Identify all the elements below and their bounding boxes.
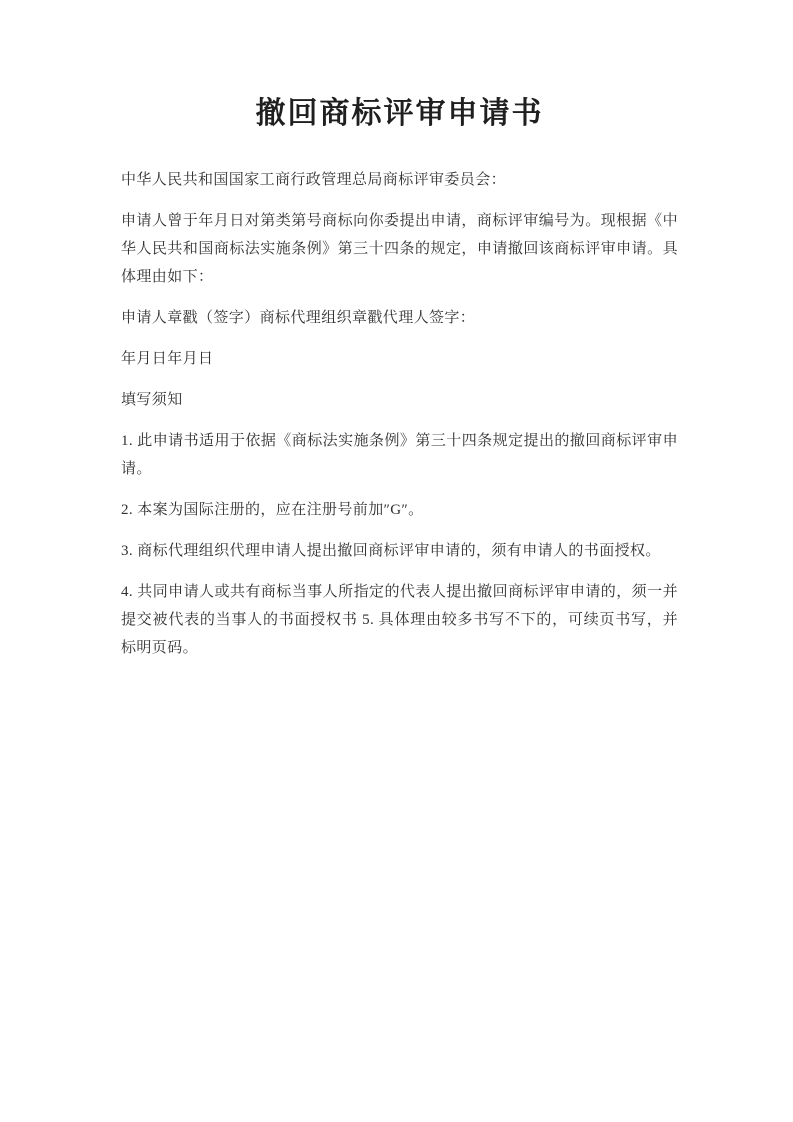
signature-line: 申请人章戳（签字）商标代理组织章戳代理人签字：: [121, 304, 678, 332]
note-item-2: 2. 本案为国际注册的，应在注册号前加″G″。: [121, 496, 678, 524]
date-line: 年月日年月日: [121, 345, 678, 373]
note-item-4: 4. 共同申请人或共有商标当事人所指定的代表人提出撤回商标评审申请的，须一并提交…: [121, 578, 678, 662]
note-item-3: 3. 商标代理组织代理申请人提出撤回商标评审申请的，须有申请人的书面授权。: [121, 537, 678, 565]
salutation-line: 中华人民共和国国家工商行政管理总局商标评审委员会：: [121, 166, 678, 194]
notes-heading: 填写须知: [121, 386, 678, 414]
note-item-1: 1. 此申请书适用于依据《商标法实施条例》第三十四条规定提出的撤回商标评审申请。: [121, 427, 678, 483]
document-title: 撤回商标评审申请书: [121, 96, 678, 132]
document-page: 撤回商标评审申请书 中华人民共和国国家工商行政管理总局商标评审委员会： 申请人曾…: [0, 0, 793, 1122]
body-paragraph: 申请人曾于年月日对第类第号商标向你委提出申请，商标评审编号为。现根据《中华人民共…: [121, 207, 678, 291]
